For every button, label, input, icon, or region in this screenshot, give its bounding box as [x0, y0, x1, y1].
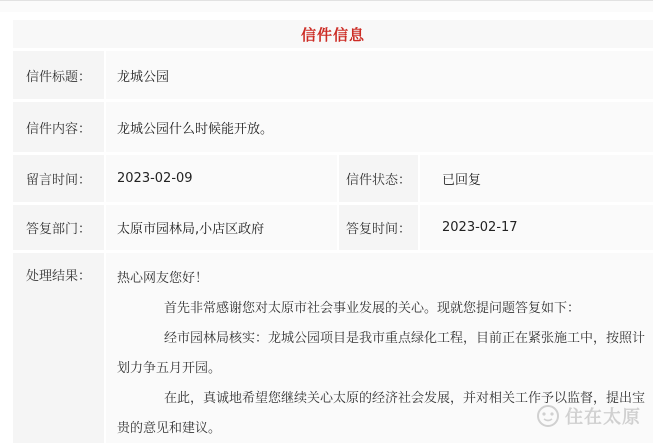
result-paragraph-greeting: 热心网友您好！ [117, 264, 645, 294]
page-title: 信件信息 [301, 24, 365, 45]
letter-content-value: 龙城公园什么时候能开放。 [106, 102, 653, 152]
row-result: 处理结果： 热心网友您好！ 首先非常感谢您对太原市社会事业发展的关心。现就您提问… [13, 253, 653, 443]
row-message-time-status: 留言时间： 2023-02-09 信件状态： 已回复 [13, 155, 653, 202]
row-letter-title: 信件标题： 龙城公园 [13, 51, 653, 99]
letter-title-label: 信件标题： [13, 51, 104, 99]
row-reply-department-time: 答复部门： 太原市园林局,小店区政府 答复时间： 2023-02-17 [13, 205, 653, 250]
reply-department-value: 太原市园林局,小店区政府 [106, 205, 337, 250]
result-label: 处理结果： [13, 253, 104, 443]
page-title-bar: 信件信息 [13, 20, 653, 48]
result-value: 热心网友您好！ 首先非常感谢您对太原市社会事业发展的关心。现就您提问题答复如下：… [106, 253, 653, 443]
result-paragraph-answer: 经市园林局核实：龙城公园项目是我市重点绿化工程，目前正在紧张施工中，按照计划力争… [117, 324, 645, 384]
reply-department-label: 答复部门： [13, 205, 104, 250]
letter-detail-page: 信件信息 信件标题： 龙城公园 信件内容： 龙城公园什么时候能开放。 留言时间：… [0, 0, 653, 443]
letter-status-label: 信件状态： [339, 155, 418, 202]
result-paragraph-thanks: 首先非常感谢您对太原市社会事业发展的关心。现就您提问题答复如下： [117, 294, 645, 324]
reply-time-value: 2023-02-17 [420, 205, 653, 250]
letter-status-value: 已回复 [420, 155, 653, 202]
result-paragraph-closing: 在此，真诚地希望您继续关心太原的经济社会发展，并对相关工作予以监督，提出宝贵的意… [117, 384, 645, 443]
page-top-strip [0, 0, 653, 12]
row-letter-content: 信件内容： 龙城公园什么时候能开放。 [13, 102, 653, 152]
message-time-label: 留言时间： [13, 155, 104, 202]
message-time-value: 2023-02-09 [106, 155, 337, 202]
letter-title-value: 龙城公园 [106, 51, 653, 99]
reply-time-label: 答复时间： [339, 205, 418, 250]
letter-content-label: 信件内容： [13, 102, 104, 152]
